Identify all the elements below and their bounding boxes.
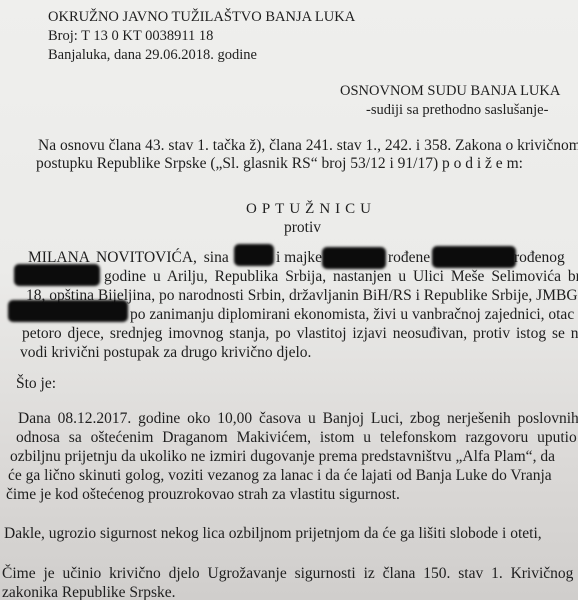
redaction-jmbg xyxy=(8,300,128,322)
accused-line-2: godine u Arilju, Republika Srbija, nasta… xyxy=(104,268,578,286)
redaction-birth-date xyxy=(14,264,100,286)
document-title: OPTUŽNICU xyxy=(246,200,376,218)
facts-line-4: će ga lično skinuti golog, voziti vezano… xyxy=(8,467,552,485)
case-number: Broj: T 13 0 KT 0038911 18 xyxy=(48,27,213,45)
accused-line-5: petoro djece, srednjeg imovnog stanja, p… xyxy=(22,325,578,343)
qualification-line-2: zakonika Republike Srpske. xyxy=(2,584,175,600)
redaction-father-name xyxy=(234,244,274,266)
legal-basis-line-1: Na osnovu člana 43. stav 1. tačka ž), čl… xyxy=(38,137,578,155)
institution-name: OKRUŽNO JAVNO TUŽILAŠTVO BANJA LUKA xyxy=(48,8,355,26)
summary: Dakle, ugrozio sigurnost nekog lica ozbi… xyxy=(4,525,542,543)
document-subtitle: protiv xyxy=(284,219,321,237)
charge-intro: Što je: xyxy=(16,375,56,393)
recipient-court: OSNOVNOM SUDU BANJA LUKA xyxy=(340,82,560,100)
facts-line-3: ozbiljnu prijetnju da ukoliko ne izmiri … xyxy=(10,448,555,466)
accused-line-1b: i majke xyxy=(276,249,322,267)
accused-line-1d: rođenog xyxy=(514,249,565,267)
accused-line-1c: rođene xyxy=(388,249,430,267)
indictment-document: OKRUŽNO JAVNO TUŽILAŠTVO BANJA LUKA Broj… xyxy=(0,0,578,600)
facts-line-1: Dana 08.12.2017. godine oko 10,00 časova… xyxy=(18,410,578,428)
redaction-mother-name xyxy=(322,247,386,269)
accused-line-6: vodi krivični postupak za drugo krivično… xyxy=(20,344,311,362)
place-date: Banjaluka, dana 29.06.2018. godine xyxy=(48,46,257,64)
qualification-line-1: Čime je učinio krivično djelo Ugrožavanj… xyxy=(2,565,573,583)
recipient-addressee: -sudiji sa prethodno saslušanje- xyxy=(366,101,548,119)
accused-line-4: po zanimanju diplomirani ekonomista, živ… xyxy=(130,306,574,324)
facts-line-5: čime je kod oštećenog prouzrokovao strah… xyxy=(6,486,400,504)
redaction-mother-surname xyxy=(432,246,516,268)
legal-basis-line-2: postupku Republike Srpske („Sl. glasnik … xyxy=(36,155,523,173)
facts-line-2: odnosa sa oštećenim Draganom Makivićem, … xyxy=(16,429,577,447)
